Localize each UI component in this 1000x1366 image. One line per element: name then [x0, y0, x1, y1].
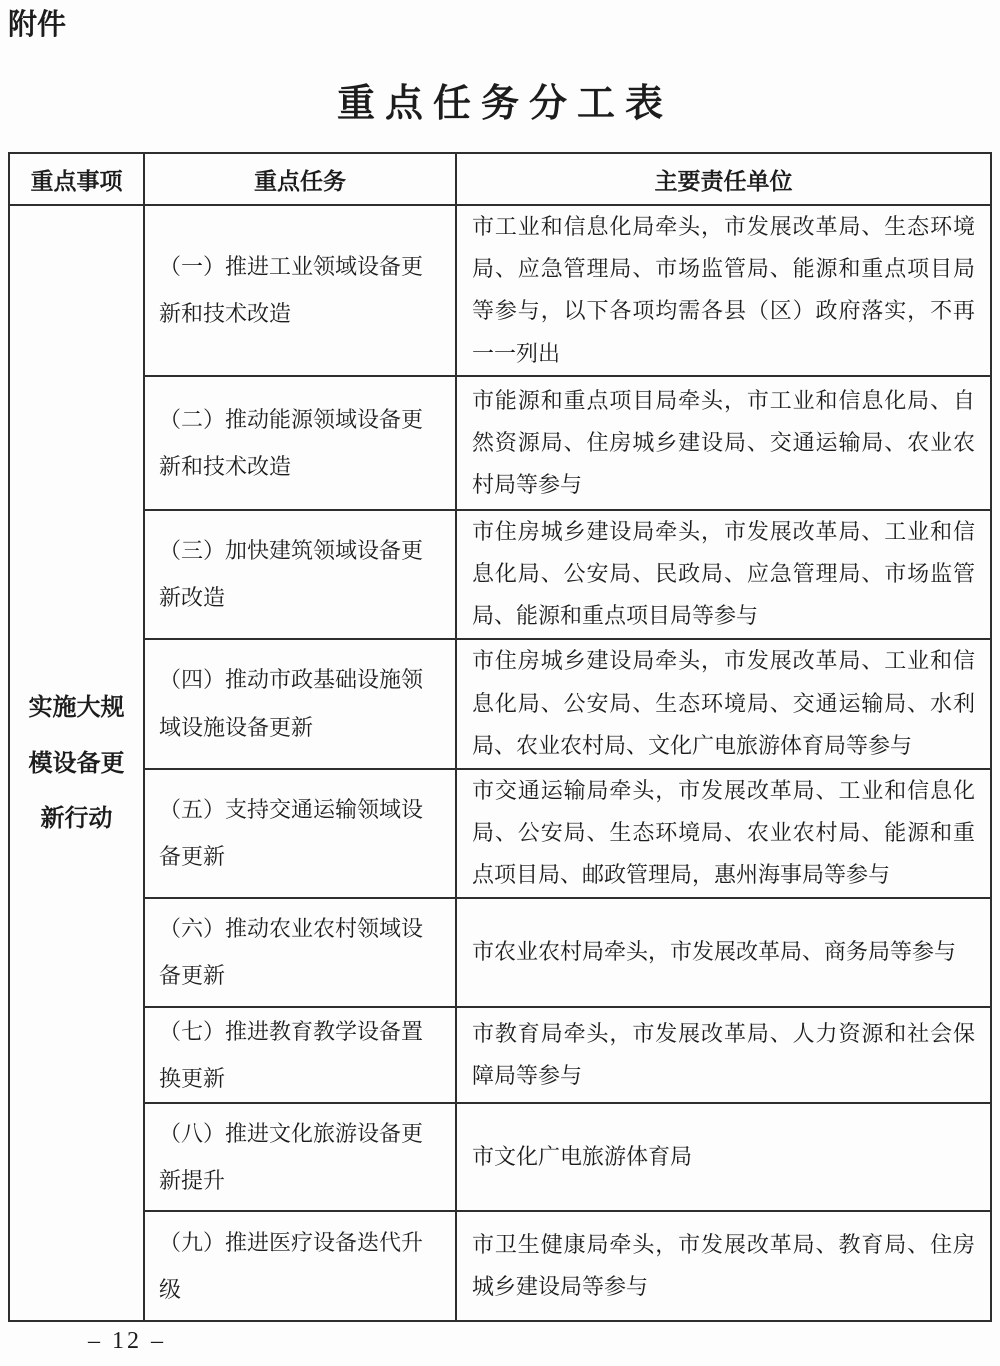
- col-header-key-tasks: 重点任务: [144, 153, 456, 205]
- table-row: （四）推动市政基础设施领域设施设备更新 市住房城乡建设局牵头，市发展改革局、工业…: [9, 639, 991, 769]
- table-row: （二）推动能源领域设备更新和技术改造 市能源和重点项目局牵头，市工业和信息化局、…: [9, 376, 991, 510]
- table-row: （六）推动农业农村领域设备更新 市农业农村局牵头，市发展改革局、商务局等参与: [9, 898, 991, 1007]
- table-row: （三）加快建筑领域设备更新改造 市住房城乡建设局牵头，市发展改革局、工业和信息化…: [9, 510, 991, 639]
- page-number: – 12 –: [88, 1328, 166, 1355]
- units-cell: 市教育局牵头，市发展改革局、人力资源和社会保障局等参与: [456, 1007, 991, 1104]
- task-cell: （五）支持交通运输领域设备更新: [144, 769, 456, 898]
- col-header-key-matters: 重点事项: [9, 153, 144, 205]
- table-row: （八）推进文化旅游设备更新提升 市文化广电旅游体育局: [9, 1103, 991, 1211]
- units-cell: 市农业农村局牵头，市发展改革局、商务局等参与: [456, 898, 991, 1007]
- units-cell: 市住房城乡建设局牵头，市发展改革局、工业和信息化局、公安局、民政局、应急管理局、…: [456, 510, 991, 639]
- table-header-row: 重点事项 重点任务 主要责任单位: [9, 153, 991, 205]
- task-cell: （八）推进文化旅游设备更新提升: [144, 1103, 456, 1211]
- attachment-label: 附件: [8, 2, 66, 43]
- units-cell: 市交通运输局牵头，市发展改革局、工业和信息化局、公安局、生态环境局、农业农村局、…: [456, 769, 991, 898]
- task-cell: （六）推动农业农村领域设备更新: [144, 898, 456, 1007]
- task-division-table: 重点事项 重点任务 主要责任单位 实施大规模设备更新行动 （一）推进工业领域设备…: [8, 152, 992, 1322]
- category-cell: 实施大规模设备更新行动: [9, 205, 144, 1321]
- table-row: 实施大规模设备更新行动 （一）推进工业领域设备更新和技术改造 市工业和信息化局牵…: [9, 205, 991, 376]
- units-cell: 市能源和重点项目局牵头，市工业和信息化局、自然资源局、住房城乡建设局、交通运输局…: [456, 376, 991, 510]
- units-cell: 市卫生健康局牵头，市发展改革局、教育局、住房城乡建设局等参与: [456, 1211, 991, 1321]
- units-cell: 市文化广电旅游体育局: [456, 1103, 991, 1211]
- task-cell: （七）推进教育教学设备置换更新: [144, 1007, 456, 1104]
- task-cell: （四）推动市政基础设施领域设施设备更新: [144, 639, 456, 769]
- table-row: （五）支持交通运输领域设备更新 市交通运输局牵头，市发展改革局、工业和信息化局、…: [9, 769, 991, 898]
- table-row: （九）推进医疗设备迭代升级 市卫生健康局牵头，市发展改革局、教育局、住房城乡建设…: [9, 1211, 991, 1321]
- units-cell: 市住房城乡建设局牵头，市发展改革局、工业和信息化局、公安局、生态环境局、交通运输…: [456, 639, 991, 769]
- page-title: 重点任务分工表: [0, 72, 1000, 127]
- task-cell: （九）推进医疗设备迭代升级: [144, 1211, 456, 1321]
- units-cell: 市工业和信息化局牵头，市发展改革局、生态环境局、应急管理局、市场监管局、能源和重…: [456, 205, 991, 376]
- task-cell: （三）加快建筑领域设备更新改造: [144, 510, 456, 639]
- table-row: （七）推进教育教学设备置换更新 市教育局牵头，市发展改革局、人力资源和社会保障局…: [9, 1007, 991, 1104]
- task-cell: （一）推进工业领域设备更新和技术改造: [144, 205, 456, 376]
- task-cell: （二）推动能源领域设备更新和技术改造: [144, 376, 456, 510]
- col-header-responsible-units: 主要责任单位: [456, 153, 991, 205]
